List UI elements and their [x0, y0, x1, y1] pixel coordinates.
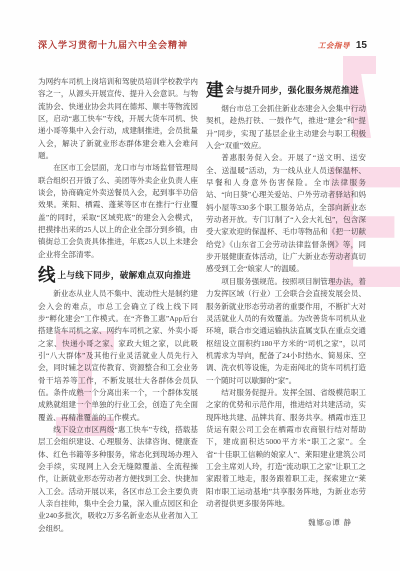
- heading-drop-initial: 线: [38, 266, 56, 284]
- page-number: 15: [356, 40, 367, 51]
- paragraph: 项目服务强规范。按照项目制管理办法，着力发挥区域（行业）工会联合会直接发展会员、…: [206, 276, 366, 387]
- header-slogan: 深入学习贯彻十九届六中全会精神: [38, 38, 188, 51]
- paragraph: 线下设立市区两级“惠工快车”专线，搭载基层工会组织建设、心理服务、法律咨询、健康…: [38, 424, 198, 535]
- paragraph-continued: 为网约车司机上岗培训和驾驶员培训学校教学内容之一，从源头开展宣传、提升入会意识。…: [38, 76, 198, 162]
- heading-title: 上与线下同步，破解难点双向推进: [58, 269, 191, 281]
- section-label: 工会指导: [318, 40, 350, 51]
- paragraph: 普惠服务促入会。开展了“送文明、送安全、送温暖”活动，为一线从业人员送保温杯、早…: [206, 152, 366, 275]
- article-columns: 为网约车司机上岗培训和驾驶员培训学校教学内容之一，从源头开展宣传、提升入会意识。…: [38, 76, 366, 535]
- paragraph: 结对服务促提升。发挥全国、省级模范职工之家的优势和示范作用，推进结对共建活动，实…: [206, 387, 366, 510]
- newspaper-page: 深入学习贯彻十九届六中全会精神 工会指导 15 为网约车司机上岗培训和驾驶员培训…: [0, 0, 400, 571]
- subsection-heading-2: 建 会与提升同步，强化服务规范推进: [206, 81, 366, 99]
- subsection-heading-1: 线 上与线下同步，破解难点双向推进: [38, 266, 198, 284]
- heading-title: 会与提升同步，强化服务规范推进: [226, 84, 359, 96]
- header-right: 工会指导 15: [318, 40, 367, 51]
- byline: 魏娜◎谭 静: [206, 517, 366, 528]
- paragraph: 新业态从业人员不集中、流动性大是制约建会入会的难点，市总工会确立了线上线下同步“…: [38, 288, 198, 424]
- paragraph: 在区市工会层面，龙口市与市场监督管理局联合组织召开饿了么、美团等外卖企业负责人座…: [38, 162, 198, 261]
- heading-drop-initial: 建: [206, 81, 224, 99]
- left-column: 为网约车司机上岗培训和驾驶员培训学校教学内容之一，从源头开展宣传、提升入会意识。…: [38, 76, 198, 535]
- right-column: 建 会与提升同步，强化服务规范推进 烟台市总工会抓住新业态建会入会集中行动契机，…: [206, 76, 366, 535]
- paragraph: 烟台市总工会抓住新业态建会入会集中行动契机，趁热打铁、一鼓作气，推进“建会”和“…: [206, 103, 366, 152]
- page-header: 深入学习贯彻十九届六中全会精神 工会指导 15: [38, 38, 367, 51]
